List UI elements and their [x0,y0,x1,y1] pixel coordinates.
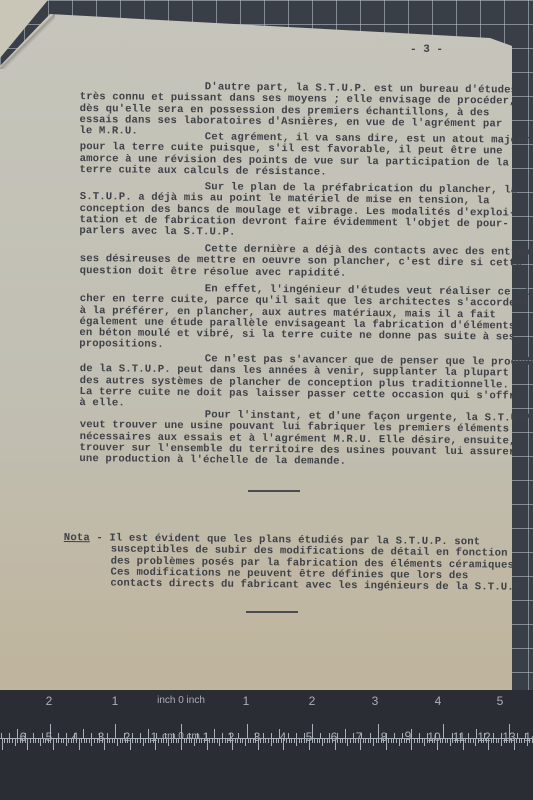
ruler-tick [66,733,67,738]
ruler-tick [112,738,113,743]
ruler-tick [53,738,54,750]
ruler-tick [340,738,341,743]
ruler-tick [417,738,418,743]
separator-rule [248,490,300,492]
ruler-tick [289,738,290,743]
ruler-tick [368,738,369,743]
ruler-tick [1,733,2,738]
ruler-tick [393,738,394,743]
ruler-tick [273,738,274,743]
ruler-tick [345,738,346,743]
ruler-tick [114,738,115,743]
ruler-tick [94,738,95,743]
ruler-tick [470,738,471,743]
ruler-tick [373,738,374,746]
ruler-tick [493,738,494,743]
ruler-tick [120,738,121,743]
ruler-tick [135,738,136,743]
ruler-tick [143,738,144,746]
ruler-tick [158,738,159,743]
ruler-tick [465,738,466,743]
cm-label: 10 [427,730,440,744]
ruler-tick [294,738,295,743]
cm-label: 11 [453,730,465,744]
nota-block: Nota - Il est évident que les plans étud… [63,522,527,605]
ruler-tick [68,738,69,743]
cm-label: 5 [306,730,313,744]
ruler-tick [83,729,84,738]
ruler-tick [222,738,223,743]
ruler-tick [235,738,236,743]
cm-label: 2 [124,730,131,744]
ruler-tick [222,733,223,738]
ruler-tick [519,738,520,743]
nota-dash: - [90,532,110,544]
ruler-tick [322,738,323,746]
ruler-tick [402,733,403,738]
ruler-tick [447,738,448,743]
ruler-tick [365,738,366,743]
ruler-tick [237,738,238,743]
ruler-tick [296,733,297,738]
cm-label: 4 [280,730,287,744]
ruler-tick [42,733,43,738]
ruler-tick [107,738,108,743]
ruler-tick [370,738,371,743]
ruler-tick [40,738,41,746]
ruler-tick [148,729,149,738]
cm-label: 14 [524,730,533,744]
ruler-tick [263,738,264,743]
inch-label: 5 [497,694,504,708]
ruler-tick [217,738,218,743]
ruler-tick [296,738,297,746]
ruler-tick [442,738,443,743]
cm-label: 6 [331,730,338,744]
ruler-tick [132,733,133,738]
ruler-tick [140,738,141,743]
cm-label: 7 [356,730,363,744]
ruler-tick [84,738,85,743]
ruler-tick [493,733,494,738]
ruler-tick [445,738,446,743]
ruler-tick [219,738,220,746]
cm-label: 6 [20,730,27,744]
ruler-tick [250,738,251,743]
ruler-tick [2,738,3,750]
ruler-tick [17,738,18,743]
ruler-tick [391,738,392,743]
ruler-tick [468,733,469,738]
cm-label: 3 [254,730,261,744]
ruler-tick [401,738,402,743]
ruler-tick [370,733,371,738]
cm-label: 5 [46,730,53,744]
ruler-tick [468,738,469,743]
ruler-tick [115,724,116,738]
inch-label: 3 [372,694,379,708]
cm-label: 8 [381,730,388,744]
ruler-tick [314,738,315,743]
ruler-tick [7,738,8,743]
page-number: - 3 - [410,44,443,56]
page-fold-shadow [0,14,55,69]
ruler-tick [288,733,289,738]
ruler-tick [299,738,300,743]
ruler-tick [58,738,59,743]
inch-label: 1 [112,694,119,708]
separator-rule [246,611,298,613]
ruler-tick [9,733,10,738]
ruler-tick [91,738,92,746]
cm-label: 2 [228,730,235,744]
ruler-tick [399,738,400,746]
ruler-tick [521,738,522,743]
ruler-tick [422,738,423,743]
ruler-tick [214,729,215,738]
inch-label: 4 [435,694,442,708]
ruler-tick [475,738,476,746]
ruler-tick [33,738,34,743]
ruler-tick [388,738,389,743]
ruler-tick [424,738,425,746]
ruler-tick [516,738,517,743]
ruler-tick [329,733,330,738]
ruler-tick [496,738,497,743]
ruler-tick [79,738,80,750]
ruler-tick [91,733,92,738]
ruler-tick [61,738,62,743]
ruler-tick [443,724,444,738]
ruler-tick [517,733,518,738]
ruler-tick [27,738,28,750]
ruler-tick [38,738,39,743]
cm-label: 3 [98,730,105,744]
cm-center-label: cm 0 cm [162,731,200,742]
ruler-tick [378,738,379,743]
ruler-tick [214,738,215,743]
ruler-tick [276,738,277,743]
measuring-ruler: 2 1 inch 0 inch 1 2 3 4 5 6 5 4 3 2 1 cm… [0,690,533,800]
ruler-tick [353,738,354,743]
ruler-tick [317,738,318,743]
ruler-tick [89,738,90,743]
ruler-tick [268,738,269,743]
ruler-tick [324,738,325,743]
ruler-tick [245,738,246,746]
ruler-tick [319,738,320,743]
ruler-tick [33,733,34,738]
ruler-tick [347,738,348,746]
ruler-tick [12,738,13,743]
ruler-tick [327,738,328,743]
inch-label: 1 [243,694,250,708]
ruler-tick [238,733,239,738]
ruler-tick [30,738,31,743]
cm-label: 12 [477,730,490,744]
ruler-tick [56,738,57,743]
inch-label: 2 [46,694,53,708]
ruler-tick [396,738,397,743]
ruler-tick [212,738,213,743]
ruler-tick [271,738,272,746]
nota-label: Nota [64,532,90,544]
ruler-tick [320,733,321,738]
ruler-tick [291,738,292,743]
ruler-tick [225,738,226,743]
cm-label: 4 [72,730,79,744]
cm-label: 1 [203,730,210,744]
ruler-tick [109,738,110,743]
ruler-tick [376,738,377,743]
ruler-tick [43,738,44,743]
ruler-tick [15,738,16,746]
cm-label: 1 [151,730,158,744]
line: contacts directs du fabricant avec les i… [63,578,527,594]
ruler-tick [35,738,36,743]
ruler-tick [378,724,379,738]
ruler-tick [394,733,395,738]
ruler-tick [363,738,364,743]
ruler-tick [242,738,243,743]
ruler-tick [66,738,67,746]
ruler-tick [148,738,149,743]
paragraph-7: Pour l'instant, et d'une façon urgente, … [79,398,533,481]
cm-label: 9 [405,729,412,743]
ruler-tick [132,738,133,743]
ruler-tick [247,724,248,738]
ruler-tick [301,738,302,743]
ruler-tick [81,738,82,743]
ruler-tick [450,738,451,746]
ruler-tick [350,738,351,743]
ruler-tick [498,738,499,743]
ruler-tick [265,738,266,743]
ruler-tick [419,733,420,738]
ruler-tick [342,738,343,743]
ruler-tick [240,738,241,743]
ruler-tick [86,738,87,743]
ruler-tick [473,738,474,743]
ruler-tick [491,738,492,743]
ruler-tick [271,733,272,738]
inch-center-label: inch 0 inch [157,695,205,706]
ruler-tick [419,738,420,743]
ruler-tick [414,738,415,743]
ruler-tick [63,738,64,743]
cm-label: 13 [502,730,515,744]
ruler-tick [17,729,18,738]
ruler-tick [4,738,5,743]
ruler-tick [248,738,249,743]
ruler-tick [145,738,146,743]
ruler-tick [117,738,118,746]
inch-label: 2 [309,694,316,708]
ruler-tick [263,733,264,738]
ruler-tick [107,733,108,738]
ruler-tick [353,733,354,738]
ruler-tick [58,733,59,738]
ruler-tick [140,733,141,738]
ruler-tick [137,738,138,743]
ruler-tick [9,738,10,743]
ruler-tick [345,729,346,738]
